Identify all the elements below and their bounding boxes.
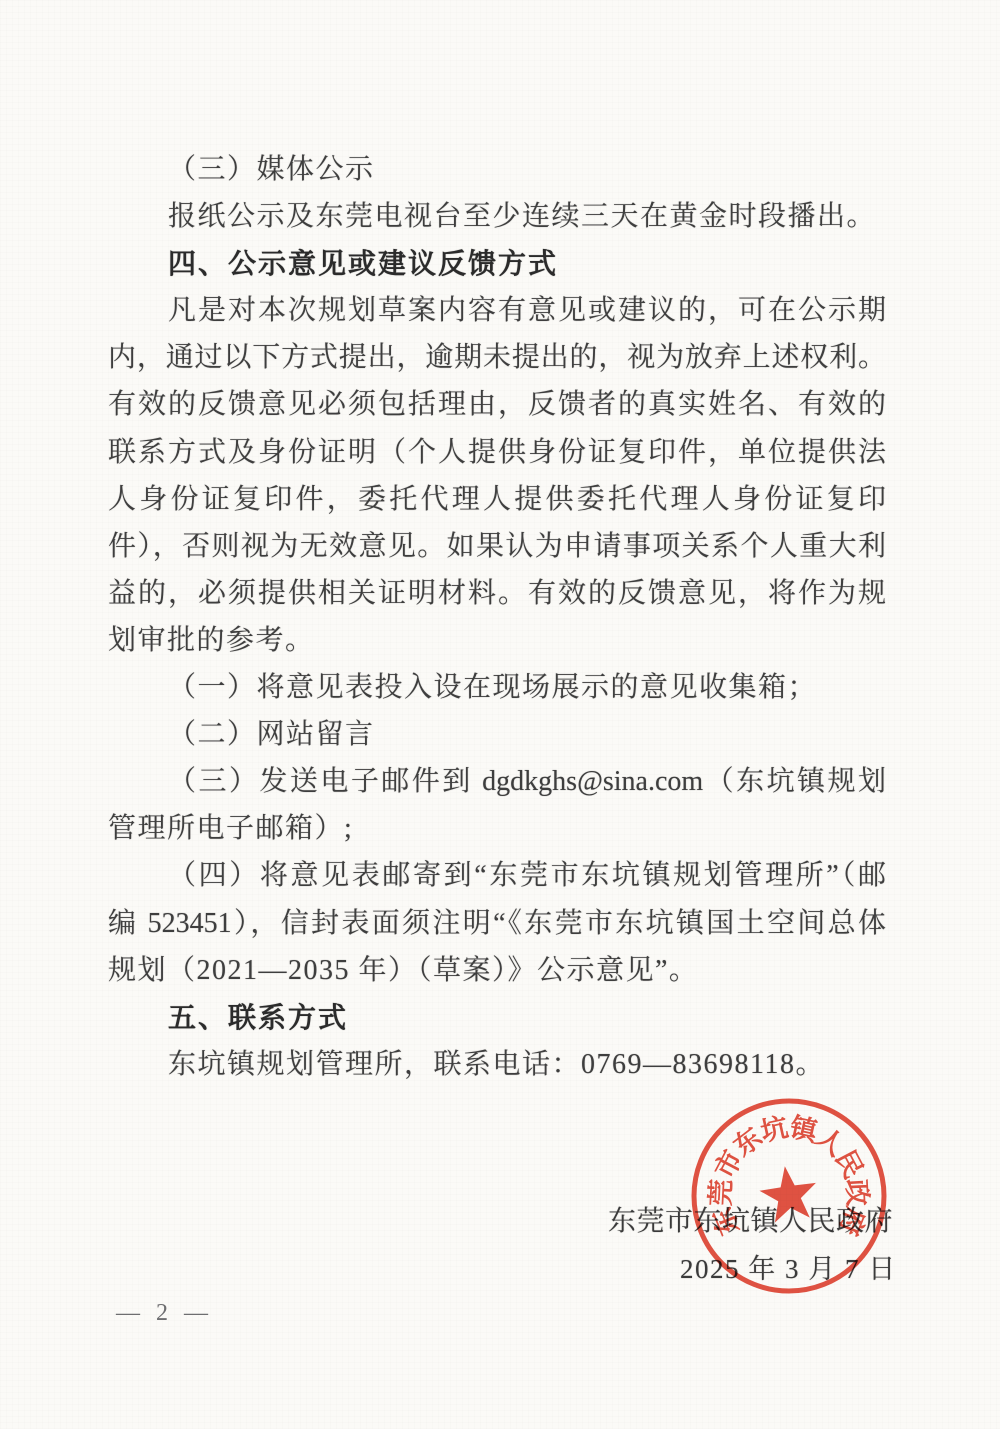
document-line: 益的，必须提供相关证明材料。有效的反馈意见，将作为规 — [108, 570, 886, 617]
document-body: （三）媒体公示报纸公示及东莞电视台至少连续三天在黄金时段播出。四、公示意见或建议… — [108, 146, 886, 1088]
document-line: 人身份证复印件，委托代理人提供委托代理人身份证复印 — [108, 476, 886, 523]
document-line: 内，通过以下方式提出，逾期未提出的，视为放弃上述权利。 — [108, 334, 886, 381]
seal-arc-char: 东 — [707, 1203, 745, 1239]
document-heading-line: 四、公示意见或建议反馈方式 — [108, 240, 886, 287]
scanned-document-page: （三）媒体公示报纸公示及东莞电视台至少连续三天在黄金时段播出。四、公示意见或建议… — [0, 0, 1000, 1429]
page-number: — 2 — — [116, 1300, 213, 1327]
seal-star-icon — [757, 1162, 821, 1224]
government-seal-icon: 东莞市东坑镇人民政府 — [687, 1094, 891, 1298]
seal-arc-char: 府 — [833, 1203, 871, 1239]
document-line: 东坑镇规划管理所，联系电话：0769—83698118。 — [108, 1041, 886, 1088]
document-line: （四）将意见表邮寄到“东莞市东坑镇规划管理所”（邮 — [108, 852, 886, 899]
document-line: 规划（2021—2035 年）（草案）》公示意见”。 — [108, 947, 886, 994]
document-line: （一）将意见表投入设在现场展示的意见收集箱； — [108, 664, 886, 711]
seal-arc-char: 莞 — [705, 1178, 736, 1206]
document-line: 管理所电子邮箱）; — [108, 805, 886, 852]
document-line: （三）发送电子邮件到 dgdkghs@sina.com（东坑镇规划 — [108, 758, 886, 805]
document-line: 凡是对本次规划草案内容有意见或建议的，可在公示期 — [108, 287, 886, 334]
document-line: （三）媒体公示 — [108, 146, 886, 193]
seal-arc-char: 政 — [841, 1178, 872, 1206]
document-line: 报纸公示及东莞电视台至少连续三天在黄金时段播出。 — [108, 193, 886, 240]
document-line: 编 523451），信封表面须注明“《东莞市东坑镇国土空间总体 — [108, 900, 886, 947]
document-line: 有效的反馈意见必须包括理由，反馈者的真实姓名、有效的 — [108, 381, 886, 428]
seal-arc-char: 坑 — [758, 1112, 791, 1147]
document-line: （二）网站留言 — [108, 711, 886, 758]
document-heading-line: 五、联系方式 — [108, 994, 886, 1041]
document-line: 划审批的参考。 — [108, 617, 886, 664]
document-line: 件），否则视为无效意见。如果认为申请事项关系个人重大利 — [108, 523, 886, 570]
document-line: 联系方式及身份证明（个人提供身份证复印件，单位提供法 — [108, 429, 886, 476]
